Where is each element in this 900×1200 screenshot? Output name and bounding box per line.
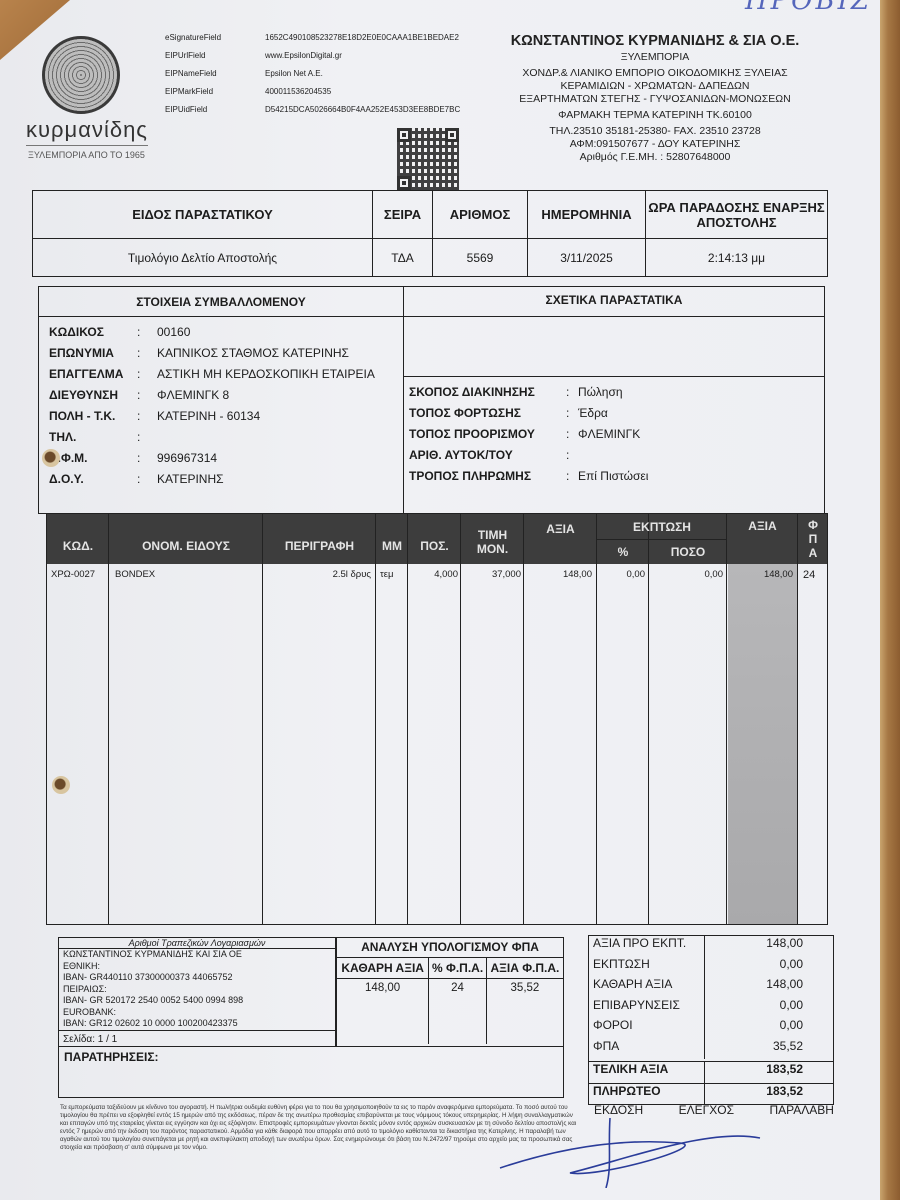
- company-name: ΚΩΝΣΤΑΝΤΙΝΟΣ ΚΥΡΜΑΝΙΔΗΣ & ΣΙΑ Ο.Ε.: [470, 35, 840, 48]
- totals-label: ΕΠΙΒΑΡΥΝΣΕΙΣ: [589, 998, 705, 1019]
- bank-title: Αριθμοί Τραπεζικών Λογαριασμών: [59, 938, 335, 949]
- company-activity: ΕΞΑΡΤΗΜΑΤΩΝ ΣΤΕΓΗΣ - ΓΥΨΟΣΑΝΙΔΩΝ-ΜΟΝΩΣΕΩ…: [470, 93, 840, 106]
- shipment-row: ΑΡΙΘ. ΑΥΤΟΚ/ΤΟΥ:: [409, 448, 824, 469]
- company-subtitle: ΞΥΛΕΜΠΟΡΙΑ: [470, 51, 840, 64]
- totals-label: ΦΠΑ: [589, 1039, 705, 1060]
- vat-analysis-title: ΑΝΑΛΥΣΗ ΥΠΟΛΟΓΙΣΜΟΥ ΦΠΑ: [337, 938, 563, 958]
- logo-tagline: ΞΥΛΕΜΠΟΡΙΑ ΑΠΟ ΤΟ 1965: [28, 150, 145, 160]
- company-activity: ΧΟΝΔΡ.& ΛΙΑΝΙΚΟ ΕΜΠΟΡΙΟ ΟΙΚΟΔΟΜΙΚΗΣ ΞΥΛΕ…: [470, 67, 840, 80]
- bank-line: EUROBANK:: [63, 1007, 335, 1019]
- totals-row: ΦΟΡΟΙ0,00: [589, 1018, 833, 1039]
- separator: :: [137, 409, 157, 430]
- doc-type: Τιμολόγιο Δελτίο Αποστολής: [33, 239, 373, 277]
- shipment-value: Επί Πιστώσει: [578, 469, 648, 490]
- counterparty-label: Α.Φ.Μ.: [49, 451, 137, 472]
- esig-value: 1652C490108523278E18D2E0E0CAAA1BE1BEDAE2: [265, 33, 490, 51]
- esig-key: EIPNameField: [165, 69, 265, 87]
- company-activity: ΚΕΡΑΜΙΔΙΩΝ - ΧΡΩΜΑΤΩΝ- ΔΑΠΕΔΩΝ: [470, 80, 840, 93]
- esig-key: EIPMarkField: [165, 87, 265, 105]
- vat-net-value: 148,00: [337, 978, 429, 1044]
- separator: :: [566, 448, 578, 469]
- related-documents-title: ΣΧΕΤΙΚΑ ΠΑΡΑΣΤΑΤΙΚΑ: [404, 287, 824, 317]
- related-documents-section: ΣΧΕΤΙΚΑ ΠΑΡΑΣΤΑΤΙΚΑ ΣΚΟΠΟΣ ΔΙΑΚΙΝΗΣΗΣ:Πώ…: [403, 286, 825, 514]
- totals-label: ΕΚΠΤΩΣΗ: [589, 957, 705, 978]
- doc-series: ΤΔΑ: [373, 239, 433, 277]
- totals-value: 148,00: [705, 977, 833, 998]
- logo-name: κυρμανίδης: [26, 117, 148, 143]
- company-gemi: Αριθμός Γ.Ε.ΜΗ. : 52807648000: [470, 151, 840, 164]
- item-disc-amt: 0,00: [649, 569, 723, 580]
- doc-time-header: ΩΡΑ ΠΑΡΑΔΟΣΗΣ ΕΝΑΡΞΗΣ ΑΠΟΣΤΟΛΗΣ: [646, 191, 828, 239]
- counterparty-section: ΣΤΟΙΧΕΙΑ ΣΥΜΒΑΛΛΟΜΕΝΟΥ ΚΩΔΙΚΟΣ:00160ΕΠΩΝ…: [38, 286, 404, 514]
- vat-pct-header: % Φ.Π.Α.: [429, 958, 487, 978]
- qr-code-icon: [397, 128, 459, 190]
- vat-amount-value: 35,52: [486, 978, 563, 1044]
- counterparty-label: ΚΩΔΙΚΟΣ: [49, 325, 137, 346]
- related-documents-area: [404, 317, 824, 377]
- counterparty-value: 00160: [157, 325, 190, 346]
- remarks: ΠΑΡΑΤΗΡΗΣΕΙΣ:: [58, 1046, 564, 1098]
- separator: :: [137, 346, 157, 367]
- esig-key: EIPUrlField: [165, 51, 265, 69]
- item-desc: 2.5l δρυς: [263, 569, 371, 580]
- totals-row: ΕΠΙΒΑΡΥΝΣΕΙΣ0,00: [589, 998, 833, 1019]
- counterparty-value: ΚΑΤΕΡΙΝΗ - 60134: [157, 409, 260, 430]
- counterparty-value: ΚΑΠΝΙΚΟΣ ΣΤΑΘΜΟΣ ΚΑΤΕΡΙΝΗΣ: [157, 346, 349, 367]
- doc-type-header: ΕΙΔΟΣ ΠΑΡΑΣΤΑΤΙΚΟΥ: [33, 191, 373, 239]
- counterparty-value: ΦΛΕΜΙΝΓΚ 8: [157, 388, 229, 409]
- separator: :: [566, 469, 578, 490]
- separator: :: [137, 367, 157, 388]
- bank-line: IBAN- GR 520172 2540 0052 5400 0994 898: [63, 995, 335, 1007]
- document-info-table: ΕΙΔΟΣ ΠΑΡΑΣΤΑΤΙΚΟΥ ΣΕΙΡΑ ΑΡΙΘΜΟΣ ΗΜΕΡΟΜΗ…: [32, 190, 828, 277]
- total-value: 183,52: [705, 1062, 833, 1083]
- company-header: ΚΩΝΣΤΑΝΤΙΝΟΣ ΚΥΡΜΑΝΙΔΗΣ & ΣΙΑ Ο.Ε. ΞΥΛΕΜ…: [470, 35, 840, 164]
- esignature-fields: eSignatureField1652C490108523278E18D2E0E…: [165, 33, 490, 123]
- col-disc-amt-header: ΠΟΣΟ: [649, 540, 727, 564]
- counterparty-row: ΔΙΕΥΘΥΝΣΗ:ΦΛΕΜΙΝΓΚ 8: [49, 388, 403, 409]
- page-number: Σελίδα: 1 / 1: [59, 1030, 335, 1048]
- shipment-value: Έδρα: [578, 406, 608, 427]
- paper-edge: [880, 0, 900, 1200]
- separator: :: [137, 430, 157, 451]
- doc-time: 2:14:13 μμ: [646, 239, 828, 277]
- handwritten-note: ΠΡΟΒΙΖ: [745, 0, 872, 16]
- shipment-value: ΦΛΕΜΙΝΓΚ: [578, 427, 640, 448]
- handwritten-signature-icon: [480, 1108, 780, 1188]
- col-code-header: ΚΩΔ.: [47, 514, 109, 564]
- totals-value: 0,00: [705, 998, 833, 1019]
- totals-value: 35,52: [705, 1039, 833, 1060]
- shipment-label: ΑΡΙΘ. ΑΥΤΟΚ/ΤΟΥ: [409, 448, 566, 469]
- item-disc-pct: 0,00: [597, 569, 645, 580]
- counterparty-value: ΑΣΤΙΚΗ ΜΗ ΚΕΡΔΟΣΚΟΠΙΚΗ ΕΤΑΙΡΕΙΑ: [157, 367, 375, 388]
- shipment-row: ΣΚΟΠΟΣ ΔΙΑΚΙΝΗΣΗΣ:Πώληση: [409, 385, 824, 406]
- item-name: BONDEX: [115, 569, 255, 580]
- doc-series-header: ΣΕΙΡΑ: [373, 191, 433, 239]
- esig-value: 400011536204535: [265, 87, 490, 105]
- totals-value: 0,00: [705, 957, 833, 978]
- esig-key: eSignatureField: [165, 33, 265, 51]
- separator: :: [137, 472, 157, 493]
- item-qty: 4,000: [408, 569, 458, 580]
- counterparty-title: ΣΤΟΙΧΕΙΑ ΣΥΜΒΑΛΛΟΜΕΝΟΥ: [39, 287, 403, 317]
- totals-row: ΕΚΠΤΩΣΗ0,00: [589, 957, 833, 978]
- item-unit: τεμ: [380, 569, 406, 580]
- esig-value: www.EpsilonDigital.gr: [265, 51, 490, 69]
- doc-date-header: ΗΜΕΡΟΜΗΝΙΑ: [528, 191, 646, 239]
- logo-divider: [26, 145, 148, 146]
- company-address: ΦΑΡΜΑΚΗ ΤΕΡΜΑ ΚΑΤΕΡΙΝΗ ΤΚ.60100: [470, 109, 840, 122]
- doc-number-header: ΑΡΙΘΜΟΣ: [433, 191, 528, 239]
- vat-amount-header: ΑΞΙΑ Φ.Π.Α.: [486, 958, 563, 978]
- counterparty-label: ΔΙΕΥΘΥΝΣΗ: [49, 388, 137, 409]
- col-price-header: ΤΙΜΗ ΜΟΝ.: [461, 514, 524, 564]
- separator: :: [137, 451, 157, 472]
- separator: :: [137, 325, 157, 346]
- col-discount-header: ΕΚΠΤΩΣΗ: [597, 514, 727, 540]
- col-qty-header: ΠΟΣ.: [408, 514, 461, 564]
- doc-date: 3/11/2025: [528, 239, 646, 277]
- company-tax: ΑΦΜ:091507677 - ΔΟΥ ΚΑΤΕΡΙΝΗΣ: [470, 138, 840, 151]
- counterparty-row: ΤΗΛ.:: [49, 430, 403, 451]
- vat-pct-value: 24: [429, 978, 487, 1044]
- shipment-row: ΤΟΠΟΣ ΦΟΡΤΩΣΗΣ:Έδρα: [409, 406, 824, 427]
- invoice-paper: κυρμανίδης ΞΥΛΕΜΠΟΡΙΑ ΑΠΟ ΤΟ 1965 eSigna…: [0, 0, 880, 1200]
- esig-key: EIPUidField: [165, 105, 265, 123]
- bank-line: ΚΩΝΣΤΑΝΤΙΝΟΣ ΚΥΡΜΑΝΙΔΗΣ ΚΑΙ ΣΙΑ ΟΕ: [63, 949, 335, 961]
- payable-label: ΠΛΗΡΩΤΕΟ: [589, 1084, 705, 1105]
- vat-net-header: ΚΑΘΑΡΗ ΑΞΙΑ: [337, 958, 429, 978]
- bank-line: ΕΘΝΙΚΗ:: [63, 961, 335, 973]
- counterparty-label: ΕΠΩΝΥΜΙΑ: [49, 346, 137, 367]
- items-table: ΚΩΔ. ΟΝΟΜ. ΕΙΔΟΥΣ ΠΕΡΙΓΡΑΦΗ ΜΜ ΠΟΣ. ΤΙΜΗ…: [46, 513, 828, 925]
- shipment-row: ΤΡΟΠΟΣ ΠΛΗΡΩΜΗΣ:Επί Πιστώσει: [409, 469, 824, 490]
- counterparty-value: 996967314: [157, 451, 217, 472]
- bank-accounts: Αριθμοί Τραπεζικών Λογαριασμών ΚΩΝΣΤΑΝΤΙ…: [58, 937, 336, 1047]
- counterparty-label: Δ.Ο.Υ.: [49, 472, 137, 493]
- bank-line: IBAN- GR440110 37300000373 44065752: [63, 972, 335, 984]
- col-unit-header: ΜΜ: [376, 514, 408, 564]
- totals-value: 0,00: [705, 1018, 833, 1039]
- col-disc-pct-header: %: [597, 540, 649, 564]
- separator: :: [566, 427, 578, 448]
- logo-wood-ring-icon: [42, 36, 120, 114]
- separator: :: [137, 388, 157, 409]
- item-net: 148,00: [727, 569, 793, 580]
- col-vat-header: Φ Π Α: [799, 514, 827, 564]
- doc-number: 5569: [433, 239, 528, 277]
- shipment-label: ΤΡΟΠΟΣ ΠΛΗΡΩΜΗΣ: [409, 469, 566, 490]
- item-price: 37,000: [461, 569, 521, 580]
- shipment-label: ΣΚΟΠΟΣ ΔΙΑΚΙΝΗΣΗΣ: [409, 385, 566, 406]
- totals-box: ΑΞΙΑ ΠΡΟ ΕΚΠΤ.148,00ΕΚΠΤΩΣΗ0,00ΚΑΘΑΡΗ ΑΞ…: [588, 935, 834, 1105]
- col-net-header: ΑΞΙΑ: [727, 514, 798, 538]
- col-name-header: ΟΝΟΜ. ΕΙΔΟΥΣ: [109, 514, 263, 564]
- shipment-value: Πώληση: [578, 385, 623, 406]
- totals-row: ΑΞΙΑ ΠΡΟ ΕΚΠΤ.148,00: [589, 936, 833, 957]
- counterparty-row: ΕΠΩΝΥΜΙΑ:ΚΑΠΝΙΚΟΣ ΣΤΑΘΜΟΣ ΚΑΤΕΡΙΝΗΣ: [49, 346, 403, 367]
- counterparty-row: Δ.Ο.Υ.:ΚΑΤΕΡΙΝΗΣ: [49, 472, 403, 493]
- separator: :: [566, 406, 578, 427]
- separator: :: [566, 385, 578, 406]
- item-vat: 24: [803, 569, 827, 581]
- shipment-label: ΤΟΠΟΣ ΦΟΡΤΩΣΗΣ: [409, 406, 566, 427]
- bank-line: IBAN: GR12 02602 10 0000 100200423375: [63, 1018, 335, 1030]
- totals-row: ΦΠΑ35,52: [589, 1039, 833, 1060]
- counterparty-label: ΕΠΑΓΓΕΛΜΑ: [49, 367, 137, 388]
- vat-analysis: ΑΝΑΛΥΣΗ ΥΠΟΛΟΓΙΣΜΟΥ ΦΠΑ ΚΑΘΑΡΗ ΑΞΙΑ % Φ.…: [336, 937, 564, 1047]
- counterparty-row: ΠΟΛΗ - Τ.Κ.:ΚΑΤΕΡΙΝΗ - 60134: [49, 409, 403, 430]
- counterparty-value: ΚΑΤΕΡΙΝΗΣ: [157, 472, 224, 493]
- counterparty-label: ΠΟΛΗ - Τ.Κ.: [49, 409, 137, 430]
- totals-label: ΑΞΙΑ ΠΡΟ ΕΚΠΤ.: [589, 936, 705, 957]
- totals-label: ΦΟΡΟΙ: [589, 1018, 705, 1039]
- totals-row: ΚΑΘΑΡΗ ΑΞΙΑ148,00: [589, 977, 833, 998]
- totals-value: 148,00: [705, 936, 833, 957]
- esig-value: D54215DCA5026664B0F4AA252E453D3EE8BDE7BC: [265, 105, 490, 123]
- payable-value: 183,52: [705, 1084, 833, 1105]
- total-label: ΤΕΛΙΚΗ ΑΞΙΑ: [589, 1062, 705, 1083]
- col-desc-header: ΠΕΡΙΓΡΑΦΗ: [263, 514, 376, 564]
- bank-line: ΠΕΙΡΑΙΩΣ:: [63, 984, 335, 996]
- shipment-label: ΤΟΠΟΣ ΠΡΟΟΡΙΣΜΟΥ: [409, 427, 566, 448]
- esig-value: Epsilon Net A.E.: [265, 69, 490, 87]
- totals-label: ΚΑΘΑΡΗ ΑΞΙΑ: [589, 977, 705, 998]
- col-value-header: ΑΞΙΑ: [524, 514, 597, 544]
- counterparty-row: ΚΩΔΙΚΟΣ:00160: [49, 325, 403, 346]
- item-value: 148,00: [524, 569, 592, 580]
- counterparty-row: ΕΠΑΓΓΕΛΜΑ:ΑΣΤΙΚΗ ΜΗ ΚΕΡΔΟΣΚΟΠΙΚΗ ΕΤΑΙΡΕΙ…: [49, 367, 403, 388]
- counterparty-label: ΤΗΛ.: [49, 430, 137, 451]
- counterparty-row: Α.Φ.Μ.:996967314: [49, 451, 403, 472]
- shipment-row: ΤΟΠΟΣ ΠΡΟΟΡΙΣΜΟΥ:ΦΛΕΜΙΝΓΚ: [409, 427, 824, 448]
- company-phone: ΤΗΛ.23510 35181-25380- FAX. 23510 23728: [470, 125, 840, 138]
- punch-hole-icon: [42, 449, 60, 467]
- item-code: ΧΡΩ-0027: [51, 569, 109, 580]
